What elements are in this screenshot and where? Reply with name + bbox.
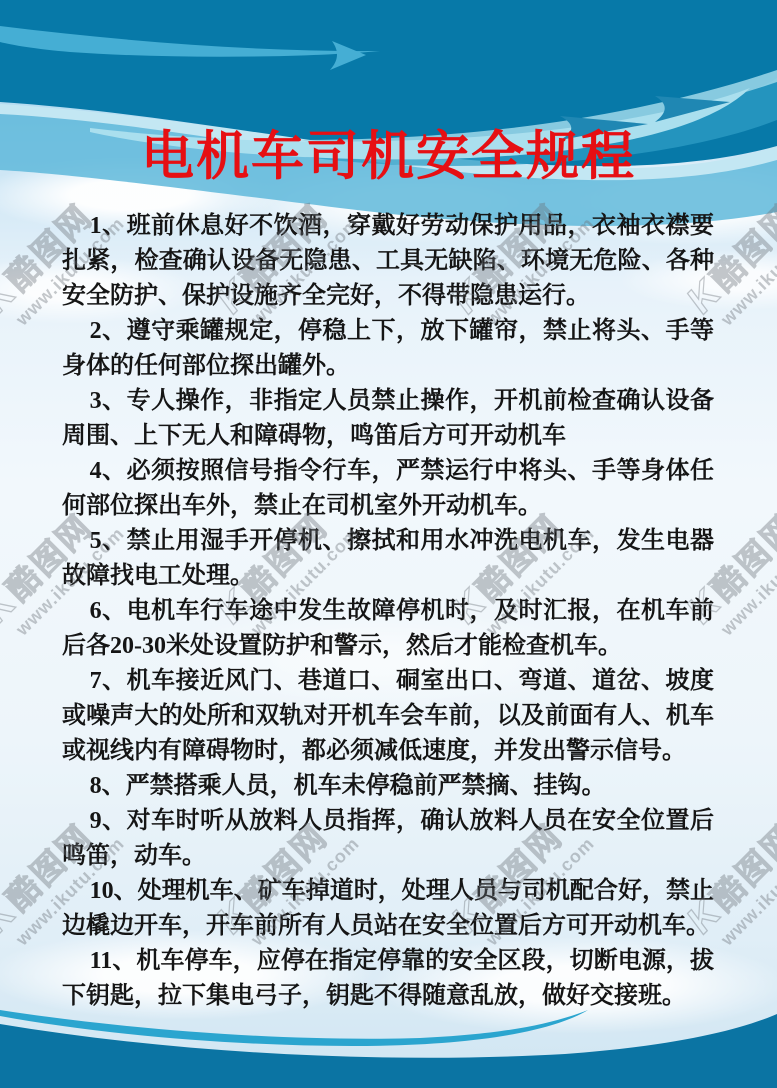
rule-item-9: 9、对车时听从放料人员指挥，确认放料人员在安全位置后鸣笛，动车。 [62,804,714,874]
rule-item-5: 5、禁止用湿手开停机、擦拭和用水冲洗电机车，发生电器故障找电工处理。 [62,524,714,594]
rules-list: 1、班前休息好不饮酒，穿戴好劳动保护用品，衣袖衣襟要扎紧，检查确认设备无隐患、工… [62,209,714,1014]
poster-title: 电机车司机安全规程 [0,114,777,190]
rule-item-6: 6、电机车行车途中发生故障停机时，及时汇报，在机车前后各20-30米处设置防护和… [62,594,714,664]
safety-poster: 电机车司机安全规程 1、班前休息好不饮酒，穿戴好劳动保护用品，衣袖衣襟要扎紧，检… [0,0,777,1088]
rule-item-7: 7、机车接近风门、巷道口、硐室出口、弯道、道岔、坡度或噪声大的处所和双轨对开机车… [62,664,714,769]
rule-item-11: 11、机车停车，应停在指定停靠的安全区段，切断电源，拔下钥匙，拉下集电弓子，钥匙… [62,944,714,1014]
rule-item-3: 3、专人操作，非指定人员禁止操作，开机前检查确认设备周围、上下无人和障碍物，鸣笛… [62,384,714,454]
rule-item-1: 1、班前休息好不饮酒，穿戴好劳动保护用品，衣袖衣襟要扎紧，检查确认设备无隐患、工… [62,209,714,314]
rule-item-2: 2、遵守乘罐规定，停稳上下，放下罐帘，禁止将头、手等身体的任何部位探出罐外。 [62,314,714,384]
rule-item-8: 8、严禁搭乘人员，机车未停稳前严禁摘、挂钩。 [62,769,714,804]
rule-item-10: 10、处理机车、矿车掉道时，处理人员与司机配合好，禁止边橇边开车，开车前所有人员… [62,874,714,944]
rule-item-4: 4、必须按照信号指令行车，严禁运行中将头、手等身体任何部位探出车外，禁止在司机室… [62,454,714,524]
